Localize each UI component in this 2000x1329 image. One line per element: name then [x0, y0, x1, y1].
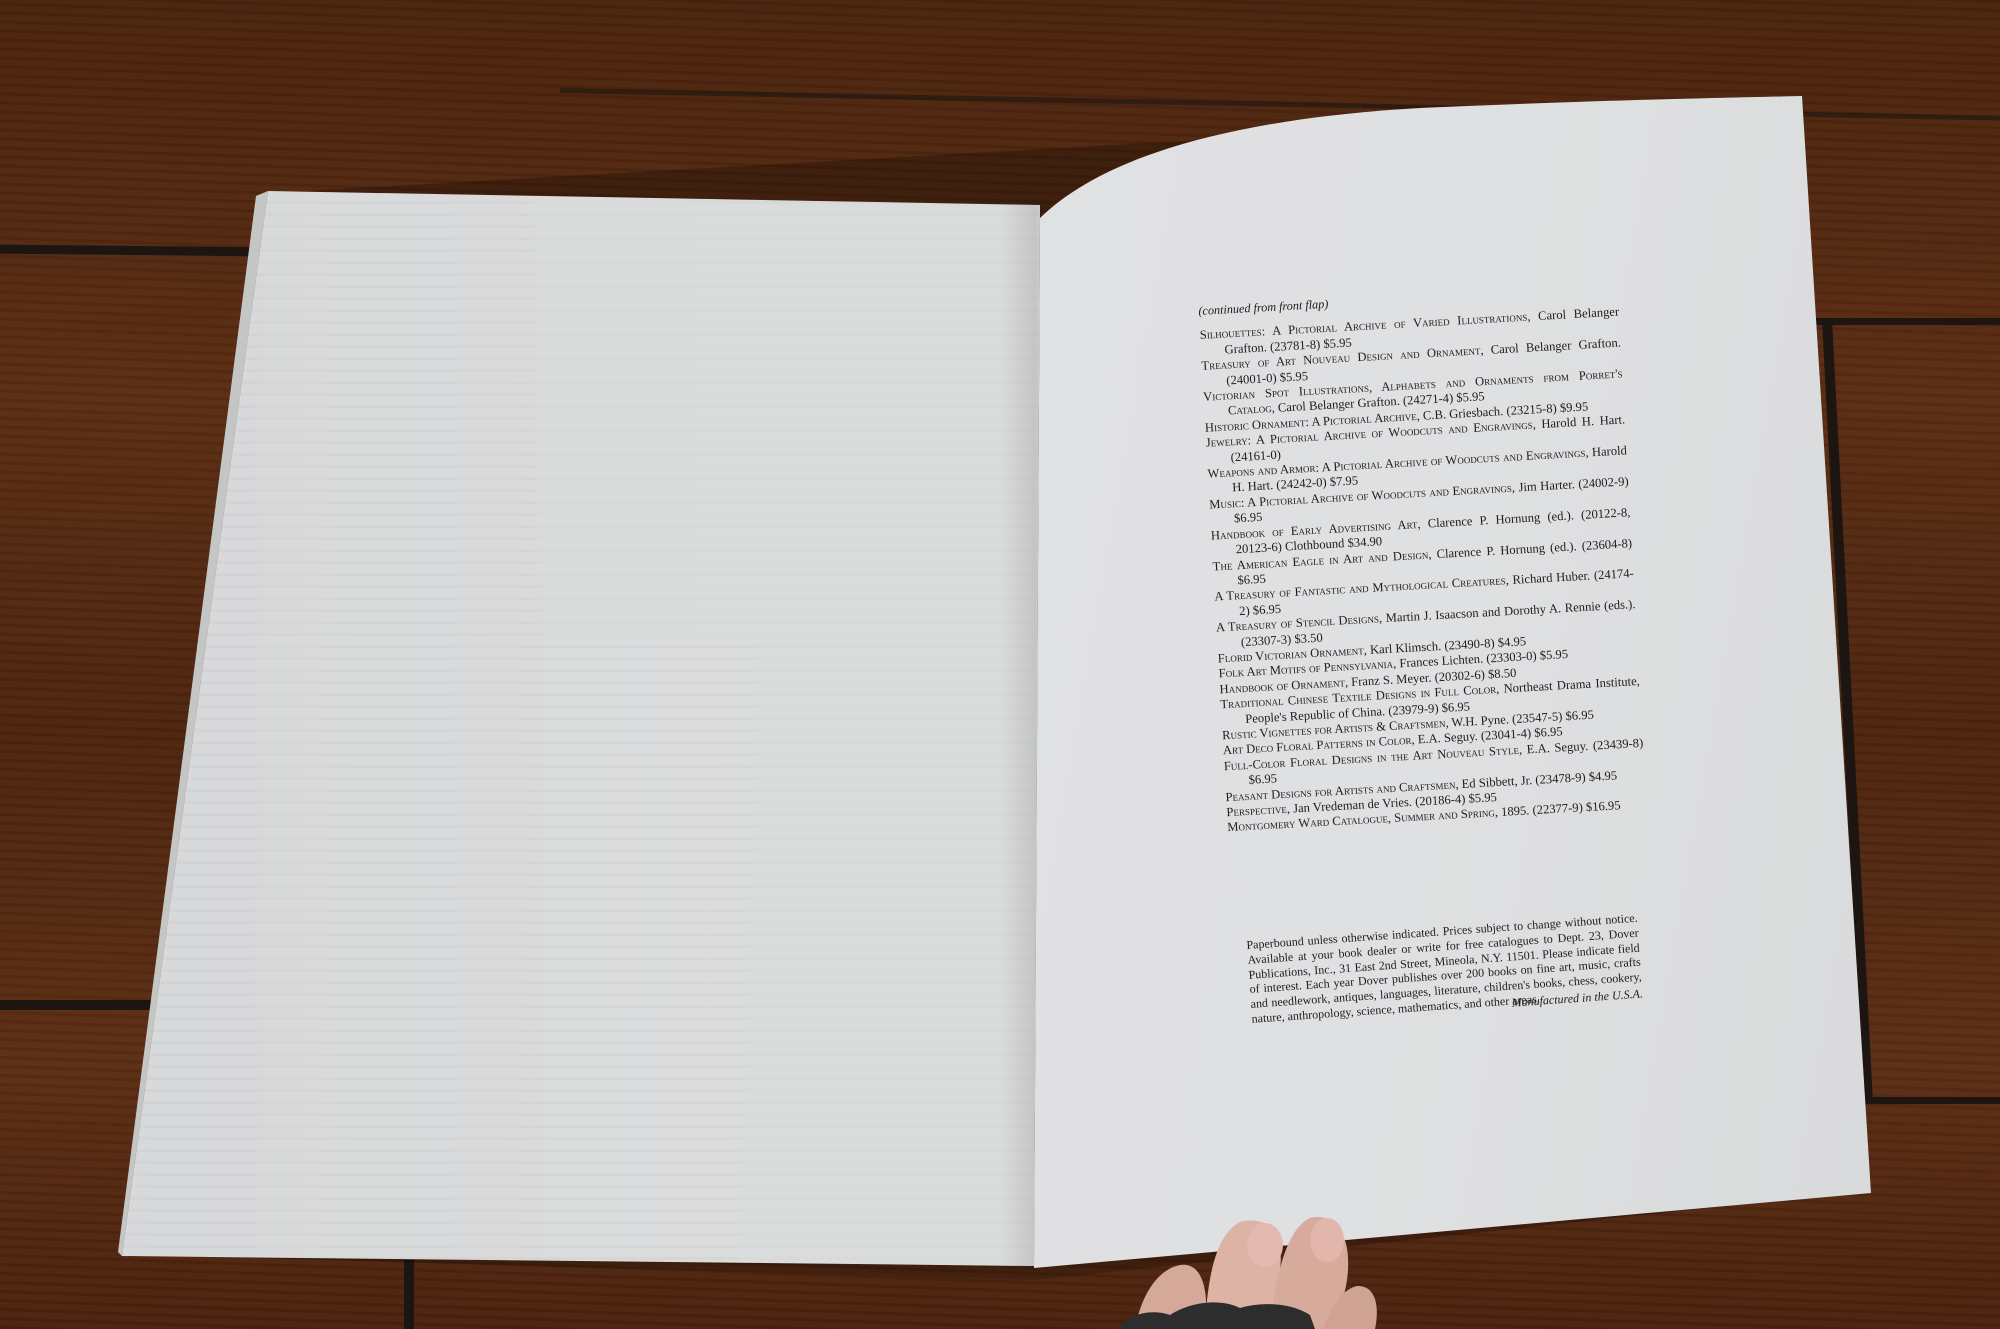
- floor-seam: [404, 1260, 414, 1329]
- floor-seam: [1860, 1097, 2000, 1104]
- book-list: (continued from front flap) Silhouettes:…: [1198, 281, 1647, 836]
- hand-holding-page: [1095, 1190, 1425, 1329]
- floor-seam: [0, 1000, 160, 1010]
